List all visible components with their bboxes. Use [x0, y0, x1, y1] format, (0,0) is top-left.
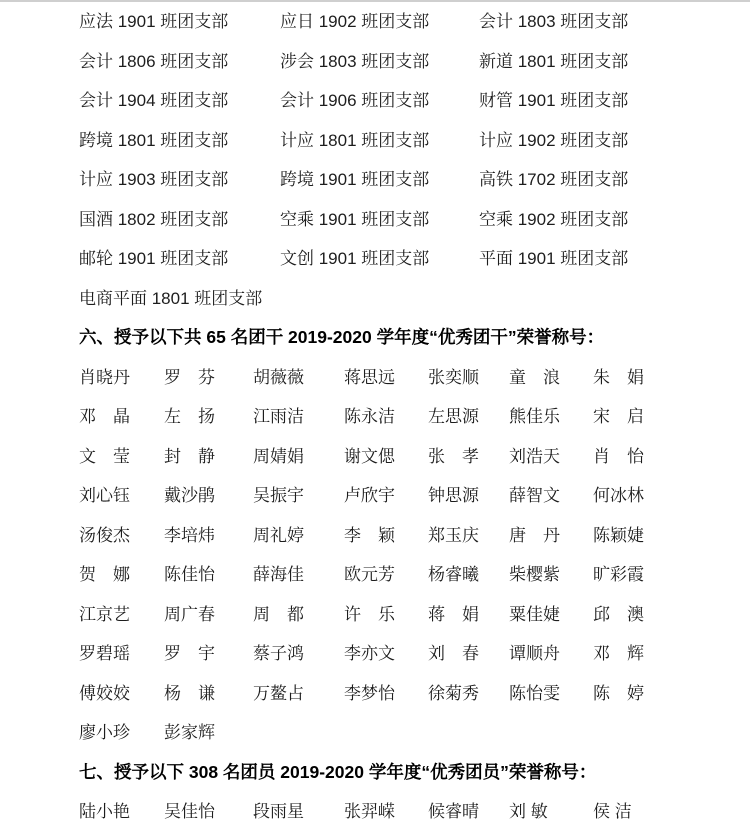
- name-item: 戴沙鹃: [164, 476, 253, 516]
- name-item: 蔡子鸿: [253, 634, 344, 674]
- name-item: 彭家辉: [164, 713, 253, 753]
- name-item: 熊佳乐: [509, 397, 593, 437]
- name-item: 左思源: [428, 397, 509, 437]
- branch-item: 文创 1901 班团支部: [280, 239, 479, 279]
- branch-item: 会计 1806 班团支部: [79, 42, 280, 82]
- name-item: 江雨洁: [253, 397, 344, 437]
- name-item: 欧元芳: [344, 555, 428, 595]
- branch-item: 计应 1801 班团支部: [280, 121, 479, 161]
- name-item: 万鳌占: [253, 674, 344, 714]
- name-item: 周婧娟: [253, 437, 344, 477]
- name-item: 徐菊秀: [428, 674, 509, 714]
- branch-item: 邮轮 1901 班团支部: [79, 239, 280, 279]
- name-item: 宋 启: [593, 397, 720, 437]
- name-item: 郑玉庆: [428, 516, 509, 556]
- name-item: 罗 宇: [164, 634, 253, 674]
- branch-item: 会计 1803 班团支部: [479, 2, 720, 42]
- name-item: 邓 晶: [79, 397, 164, 437]
- name-item: 段雨星: [253, 792, 344, 832]
- section7-name-list: 陆小艳吴佳怡段雨星张羿嵘候睿晴刘 敏侯 洁: [79, 792, 720, 832]
- name-item: 罗碧瑶: [79, 634, 164, 674]
- name-item: 江京艺: [79, 595, 164, 635]
- name-item: 廖小珍: [79, 713, 164, 753]
- name-item: 薛海佳: [253, 555, 344, 595]
- name-item: 刘 春: [428, 634, 509, 674]
- branch-item: 国酒 1802 班团支部: [79, 200, 280, 240]
- name-item: 贺 娜: [79, 555, 164, 595]
- name-item: 李培炜: [164, 516, 253, 556]
- branch-item: 计应 1902 班团支部: [479, 121, 720, 161]
- branch-item: 新道 1801 班团支部: [479, 42, 720, 82]
- name-item: 邱 澳: [593, 595, 720, 635]
- name-item: 张 孝: [428, 437, 509, 477]
- name-item: 候睿晴: [428, 792, 509, 832]
- name-item: 周礼婷: [253, 516, 344, 556]
- branch-item: 电商平面 1801 班团支部: [79, 279, 720, 319]
- name-item: 侯 洁: [593, 792, 720, 832]
- name-item: 刘浩天: [509, 437, 593, 477]
- branch-list: 应法 1901 班团支部应日 1902 班团支部会计 1803 班团支部会计 1…: [79, 2, 720, 318]
- name-item: 吴佳怡: [164, 792, 253, 832]
- name-item: 张奕顺: [428, 358, 509, 398]
- name-item: 汤俊杰: [79, 516, 164, 556]
- name-item: 文 莹: [79, 437, 164, 477]
- section6-name-list: 肖晓丹罗 芬胡薇薇蒋思远张奕顺童 浪朱 娟邓 晶左 扬江雨洁陈永洁左思源熊佳乐宋…: [79, 358, 720, 753]
- name-item: 杨 谦: [164, 674, 253, 714]
- name-item: 胡薇薇: [253, 358, 344, 398]
- branch-item: 财管 1901 班团支部: [479, 81, 720, 121]
- name-item: 李 颖: [344, 516, 428, 556]
- name-item: 张羿嵘: [344, 792, 428, 832]
- branch-item: 平面 1901 班团支部: [479, 239, 720, 279]
- name-item: 杨睿曦: [428, 555, 509, 595]
- name-item: 陈颖婕: [593, 516, 720, 556]
- branch-item: 涉会 1803 班团支部: [280, 42, 479, 82]
- name-item: 蒋 娟: [428, 595, 509, 635]
- name-item: 傅姣姣: [79, 674, 164, 714]
- name-item: 李梦怡: [344, 674, 428, 714]
- name-item: 李亦文: [344, 634, 428, 674]
- name-item: 蒋思远: [344, 358, 428, 398]
- name-item: 肖晓丹: [79, 358, 164, 398]
- name-item: 邓 辉: [593, 634, 720, 674]
- name-item: 粟佳婕: [509, 595, 593, 635]
- name-item: 肖 怡: [593, 437, 720, 477]
- name-item: 朱 娟: [593, 358, 720, 398]
- branch-item: 应法 1901 班团支部: [79, 2, 280, 42]
- name-item: 许 乐: [344, 595, 428, 635]
- name-item: 封 静: [164, 437, 253, 477]
- name-item: 周 都: [253, 595, 344, 635]
- name-item: 刘 敏: [509, 792, 593, 832]
- name-item: 罗 芬: [164, 358, 253, 398]
- branch-item: 空乘 1902 班团支部: [479, 200, 720, 240]
- branch-item: 跨境 1801 班团支部: [79, 121, 280, 161]
- branch-item: 应日 1902 班团支部: [280, 2, 479, 42]
- document-page: 应法 1901 班团支部应日 1902 班团支部会计 1803 班团支部会计 1…: [0, 0, 750, 840]
- name-item: 刘心钰: [79, 476, 164, 516]
- section7-heading: 七、授予以下 308 名团员 2019-2020 学年度“优秀团员”荣誉称号：: [79, 753, 720, 793]
- branch-item: 跨境 1901 班团支部: [280, 160, 479, 200]
- name-item: 童 浪: [509, 358, 593, 398]
- name-item: 陈佳怡: [164, 555, 253, 595]
- name-item: 谭顺舟: [509, 634, 593, 674]
- name-item: 薛智文: [509, 476, 593, 516]
- name-item: 谢文偲: [344, 437, 428, 477]
- section6-heading: 六、授予以下共 65 名团干 2019-2020 学年度“优秀团干”荣誉称号：: [79, 318, 720, 358]
- name-item: 陈永洁: [344, 397, 428, 437]
- branch-item: 会计 1906 班团支部: [280, 81, 479, 121]
- name-item: 左 扬: [164, 397, 253, 437]
- name-item: 何冰林: [593, 476, 720, 516]
- branch-item: 计应 1903 班团支部: [79, 160, 280, 200]
- name-item: 陆小艳: [79, 792, 164, 832]
- name-item: 陈 婷: [593, 674, 720, 714]
- branch-item: 空乘 1901 班团支部: [280, 200, 479, 240]
- name-item: 陈怡雯: [509, 674, 593, 714]
- name-item: 钟思源: [428, 476, 509, 516]
- branch-item: 会计 1904 班团支部: [79, 81, 280, 121]
- name-item: 柴樱紫: [509, 555, 593, 595]
- name-item: 吴振宇: [253, 476, 344, 516]
- name-item: 卢欣宇: [344, 476, 428, 516]
- branch-item: 高铁 1702 班团支部: [479, 160, 720, 200]
- name-item: 旷彩霞: [593, 555, 720, 595]
- name-item: 唐 丹: [509, 516, 593, 556]
- name-item: 周广春: [164, 595, 253, 635]
